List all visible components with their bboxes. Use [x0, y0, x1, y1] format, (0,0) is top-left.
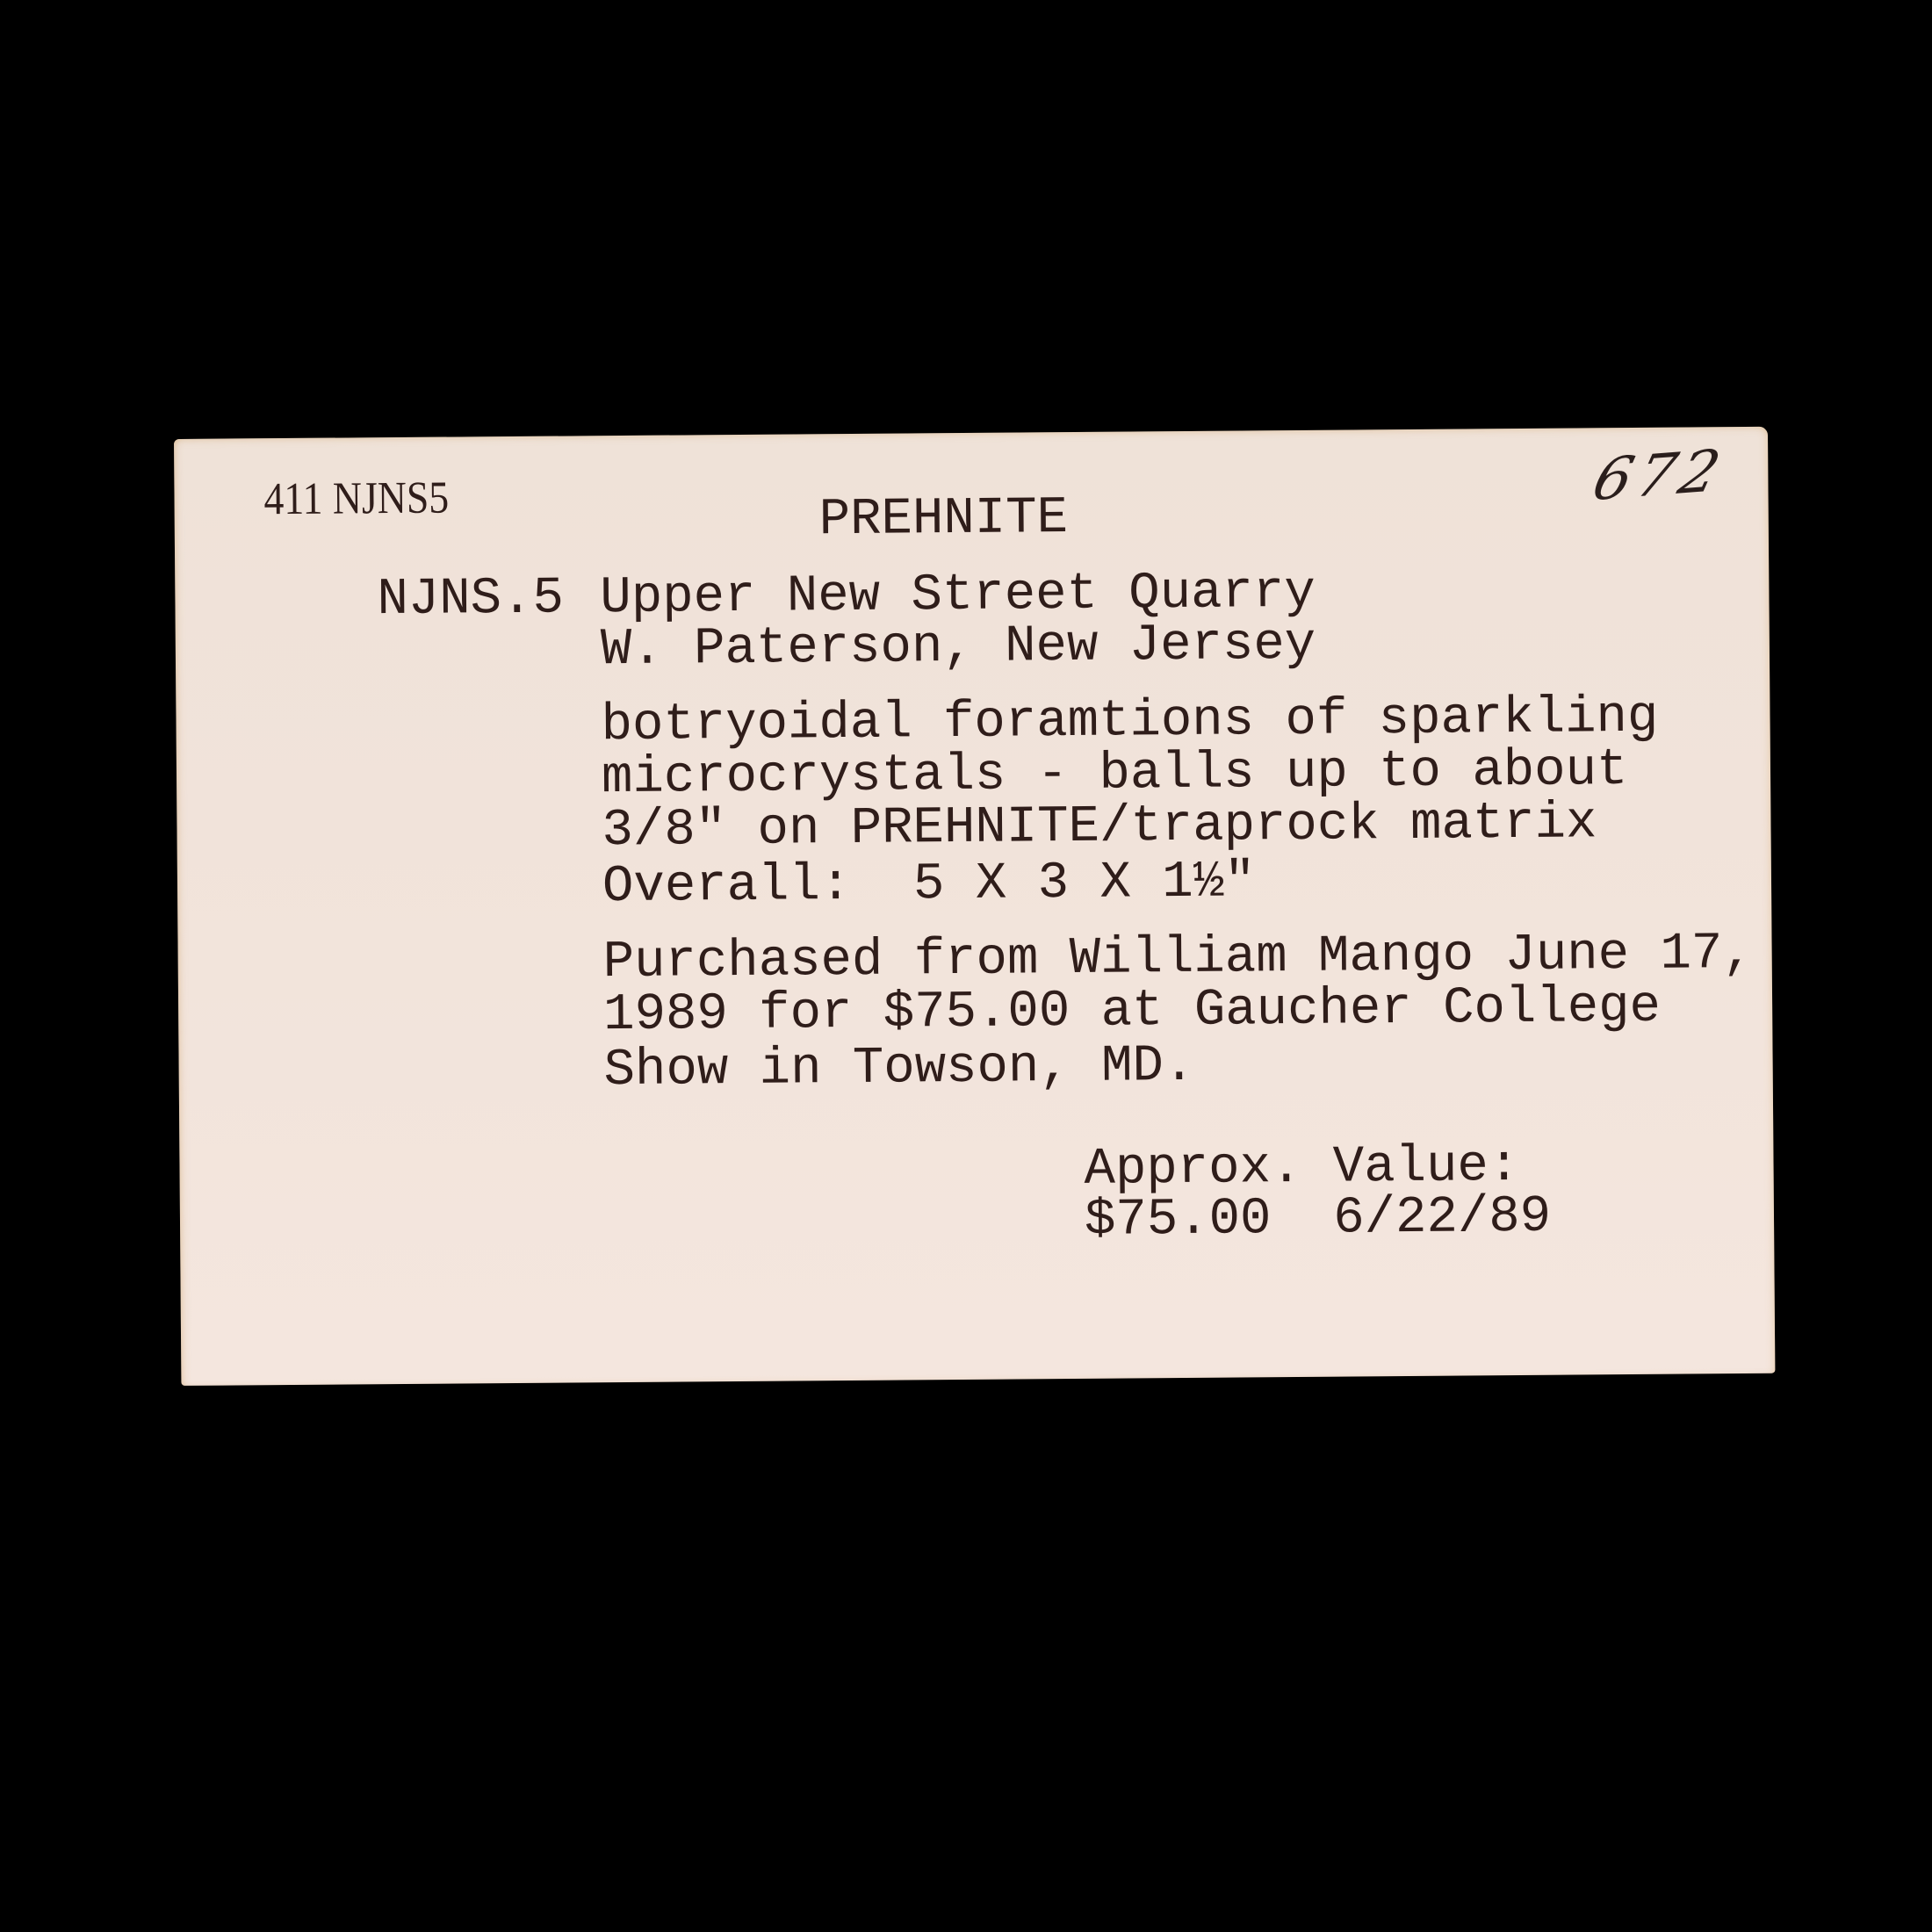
locality-code: NJNS.5: [377, 573, 564, 626]
approx-value-label: Approx. Value:: [1084, 1140, 1519, 1195]
description-line: 3/8" on PREHNITE/traprock matrix: [602, 797, 1597, 856]
mineral-name: PREHNITE: [819, 492, 1069, 545]
approx-value-amount-date: $75.00 6/22/89: [1085, 1191, 1552, 1246]
purchase-line: Show in Towson, MD.: [603, 1040, 1194, 1096]
handwritten-number: 672: [1586, 436, 1732, 514]
dimensions-line: Overall: 5 X 3 X 1½": [602, 855, 1256, 912]
locality-line-2: W. Paterson, New Jersey: [601, 618, 1316, 675]
catalog-number: 411 NJNS5: [263, 476, 449, 523]
specimen-index-card: 411 NJNS5 672 PREHNITE NJNS.5 Upper New …: [174, 427, 1775, 1386]
purchase-line: 1989 for $75.00 at Gaucher College: [603, 981, 1661, 1041]
